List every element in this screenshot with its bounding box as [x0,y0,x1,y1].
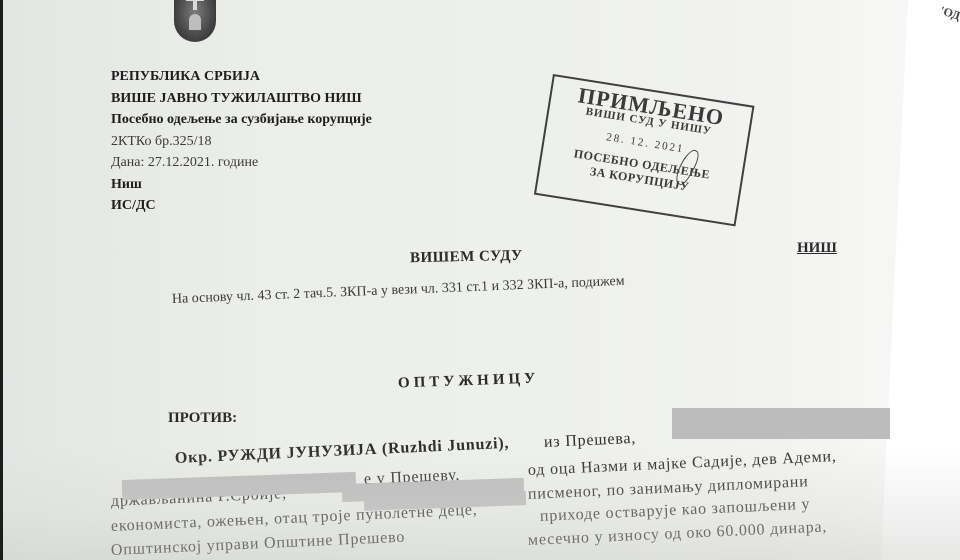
header-department: Посебно одељење за сузбијање корупције [111,109,372,131]
header-date: Дана: 27.12.2021. године [111,152,372,174]
header-initials: ИС/ДС [111,195,372,217]
redaction-box [672,408,890,439]
header-office: ВИШЕ ЈАВНО ТУЖИЛАШТВО НИШ [111,88,372,110]
addressee-city: НИШ [797,240,837,257]
header-city: Ниш [111,174,372,196]
document-header: РЕПУБЛИКА СРБИЈА ВИШЕ ЈАВНО ТУЖИЛАШТВО Н… [111,66,372,217]
addressee-court: ВИШЕМ СУДУ [410,248,523,268]
header-case-number: 2КТКо бр.325/18 [111,131,372,153]
against-label: ПРОТИВ: [168,410,237,427]
header-country: РЕПУБЛИКА СРБИЈА [111,66,372,88]
scan-edge [0,0,3,560]
corner-text: 'ОД [938,3,960,24]
coat-of-arms-icon [174,0,216,42]
